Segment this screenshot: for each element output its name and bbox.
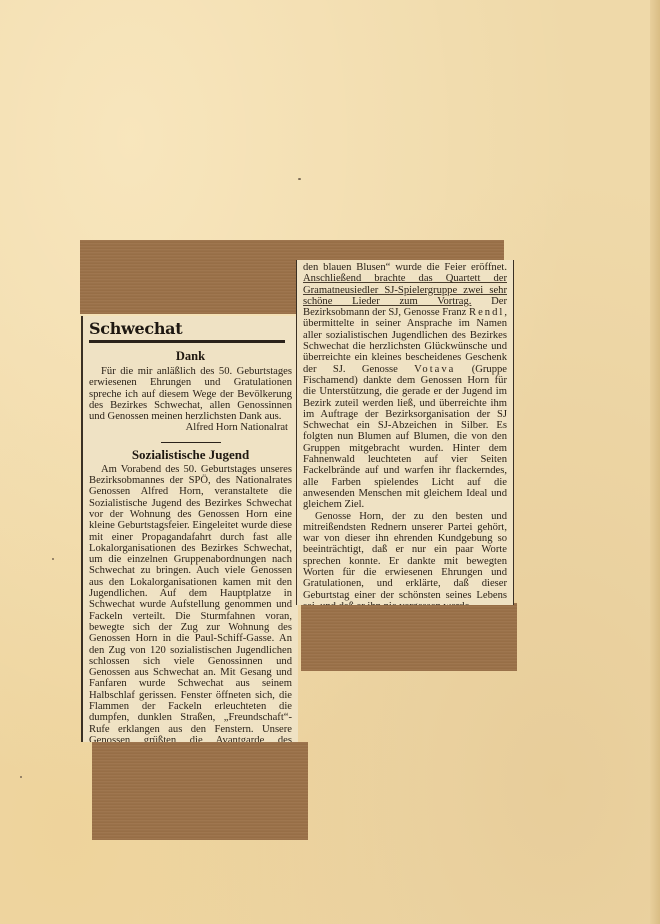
- continuation-text: (Gruppe Fischamend) dankte dem Genossen …: [303, 364, 507, 511]
- name-rendl: Rendl: [469, 307, 504, 318]
- continuation-lead: den blauen Blusen“ wurde die Feier eröff…: [303, 262, 507, 273]
- section-divider: [161, 442, 221, 443]
- newspaper-clipping-left: Schwechat Dank Für die mir anläßlich des…: [81, 316, 298, 742]
- paper-speck: [52, 558, 54, 560]
- article-paragraph: Genosse Horn, der zu den besten und mitr…: [303, 511, 507, 605]
- article-continuation-paragraph: den blauen Blusen“ wurde die Feier eröff…: [303, 262, 507, 511]
- article-paragraph: Am Vorabend des 50. Geburtstages unseres…: [89, 464, 292, 742]
- masthead-schwechat: Schwechat: [89, 319, 292, 339]
- page-edge: [650, 0, 660, 924]
- newspaper-clipping-right: den blauen Blusen“ wurde die Feier eröff…: [296, 260, 514, 605]
- name-votava: Votava: [414, 364, 455, 375]
- headline-dank: Dank: [89, 349, 292, 364]
- dank-body: Für die mir anläßlich des 50. Geburtstag…: [89, 366, 292, 422]
- paper-speck: [20, 776, 22, 778]
- paper-speck: [298, 178, 301, 180]
- headline-sozialistische-jugend: Sozialistische Jugend: [89, 447, 292, 462]
- mounting-paper-bottom: [92, 742, 308, 840]
- masthead-rule: [89, 340, 285, 343]
- dank-signature: Alfred Horn Nationalrat: [89, 422, 292, 433]
- mounting-paper-right: [301, 603, 517, 671]
